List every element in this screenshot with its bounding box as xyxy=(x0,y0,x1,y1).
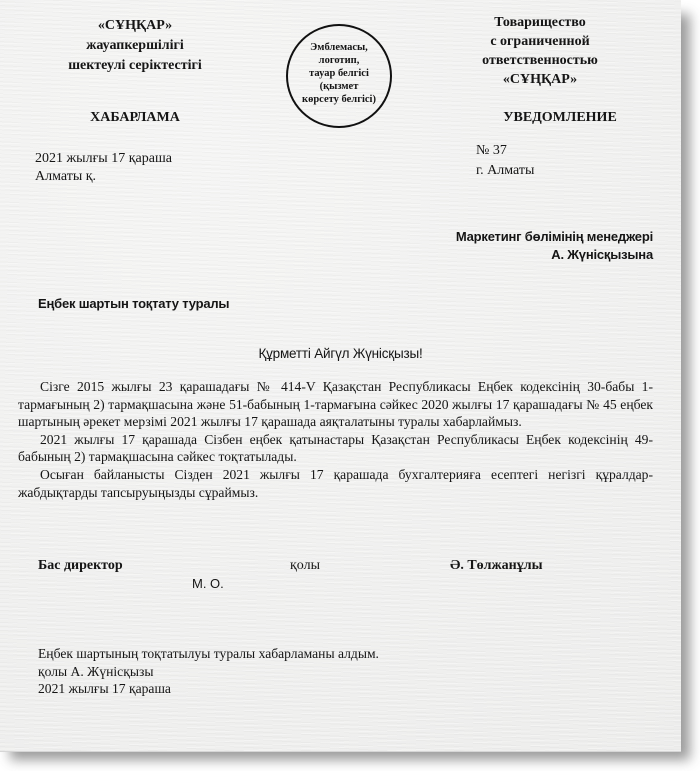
doc-type-ru: УВЕДОМЛЕНИЕ xyxy=(480,110,640,126)
emblem-placeholder: Эмблемасы, логотип, тауар белгісі (қызме… xyxy=(286,24,392,128)
addressee: Маркетинг бөлімінің менеджері А. Жүнісқы… xyxy=(456,228,653,264)
emblem-line: тауар белгісі xyxy=(302,67,376,80)
org-name-kz-line: жауапкершілігі xyxy=(40,36,230,56)
doc-date-kz: 2021 жылғы 17 қараша xyxy=(35,150,172,168)
doc-meta-ru: № 37 г. Алматы xyxy=(476,141,534,181)
document-page: «СҰҢҚАР» жауапкершілігі шектеулі серікте… xyxy=(0,0,681,752)
org-name-ru-line: «СҰҢҚАР» xyxy=(455,70,625,89)
org-name-kz: «СҰҢҚАР» жауапкершілігі шектеулі серікте… xyxy=(40,16,230,76)
acknowledgement-line: 2021 жылғы 17 қараша xyxy=(38,680,379,698)
signature-label: қолы xyxy=(290,558,320,574)
doc-meta-kz: 2021 жылғы 17 қараша Алматы қ. xyxy=(35,150,172,186)
addressee-name: А. Жүнісқызына xyxy=(456,246,653,264)
doc-type-kz: ХАБАРЛАМА xyxy=(40,110,230,126)
org-name-ru-line: ответственностью xyxy=(455,51,625,70)
body-paragraph: Осыған байланысты Сізден 2021 жылғы 17 қ… xyxy=(18,466,653,501)
org-name-kz-line: шектеулі серіктестігі xyxy=(40,56,230,76)
emblem-line: логотип, xyxy=(302,54,376,67)
emblem-line: (қызмет xyxy=(302,80,376,93)
signatory-name: Ә. Төлжанұлы xyxy=(450,558,543,574)
acknowledgement: Еңбек шартының тоқтатылуы туралы хабарла… xyxy=(38,645,379,698)
org-name-ru-line: с ограниченной xyxy=(455,32,625,51)
doc-place-ru: г. Алматы xyxy=(476,161,534,181)
doc-place-kz: Алматы қ. xyxy=(35,168,172,186)
signatory-title: Бас директор xyxy=(38,558,123,574)
org-name-kz-line: «СҰҢҚАР» xyxy=(40,16,230,36)
body-paragraph: 2021 жылғы 17 қарашада Сізбен еңбек қаты… xyxy=(18,431,653,466)
stamp-place: М. О. xyxy=(192,576,224,591)
body-paragraph: Сізге 2015 жылғы 23 қарашадағы № 414-V Қ… xyxy=(18,378,653,431)
org-name-ru: Товарищество с ограниченной ответственно… xyxy=(455,13,625,89)
emblem-line: көрсету белгісі) xyxy=(302,93,376,106)
addressee-position: Маркетинг бөлімінің менеджері xyxy=(456,228,653,246)
doc-number: № 37 xyxy=(476,141,534,161)
document-body: Сізге 2015 жылғы 23 қарашадағы № 414-V Қ… xyxy=(18,378,653,501)
acknowledgement-line: қолы А. Жүнісқызы xyxy=(38,663,379,681)
acknowledgement-line: Еңбек шартының тоқтатылуы туралы хабарла… xyxy=(38,645,379,663)
org-name-ru-line: Товарищество xyxy=(455,13,625,32)
emblem-line: Эмблемасы, xyxy=(302,41,376,54)
greeting: Құрметті Айгүл Жүнісқызы! xyxy=(0,346,681,361)
document-subject: Еңбек шартын тоқтату туралы xyxy=(38,296,229,311)
emblem-text: Эмблемасы, логотип, тауар белгісі (қызме… xyxy=(302,41,376,106)
